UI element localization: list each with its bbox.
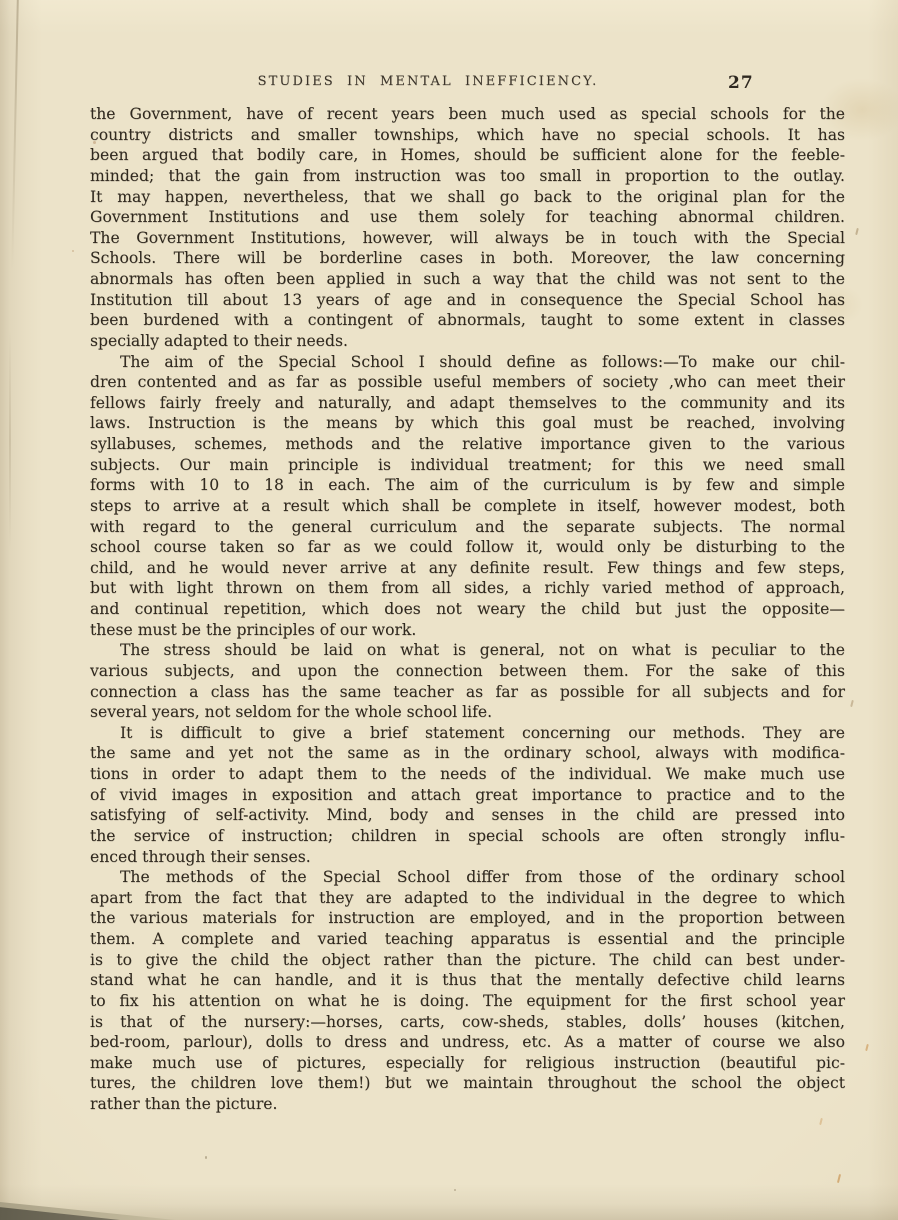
text-line: laws. Instruction is the means by which … <box>90 413 845 434</box>
body-text: the Government, have of recent years bee… <box>90 104 845 1115</box>
text-line: The Government Institutions, however, wi… <box>90 228 845 249</box>
text-line: enced through their senses. <box>90 847 845 868</box>
text-line: subjects. Our main principle is individu… <box>90 455 845 476</box>
text-line: It is difficult to give a brief statemen… <box>90 723 845 744</box>
text-line: minded; that the gain from instruction w… <box>90 166 845 187</box>
scan-mark <box>850 700 854 707</box>
text-line: make much use of pictures, especially fo… <box>90 1053 845 1074</box>
text-line: them. A complete and varied teaching app… <box>90 929 845 950</box>
foxing-speckle <box>392 1077 395 1080</box>
page-number: 27 <box>728 73 754 93</box>
text-line: various subjects, and upon the connectio… <box>90 661 845 682</box>
paper-crease <box>9 330 11 550</box>
text-line: school course taken so far as we could f… <box>90 537 845 558</box>
scan-mark <box>865 1044 869 1051</box>
text-line: The stress should be laid on what is gen… <box>90 640 845 661</box>
text-line: The methods of the Special School differ… <box>90 867 845 888</box>
text-line: the service of instruction; children in … <box>90 826 845 847</box>
text-line: specially adapted to their needs. <box>90 331 845 352</box>
text-line: tures, the children love them!) but we m… <box>90 1073 845 1094</box>
text-line: with regard to the general curriculum an… <box>90 517 845 538</box>
text-line: these must be the principles of our work… <box>90 620 845 641</box>
paragraph: The stress should be laid on what is gen… <box>90 640 845 723</box>
text-line: the Government, have of recent years bee… <box>90 104 845 125</box>
text-line: apart from the fact that they are adapte… <box>90 888 845 909</box>
text-line: to fix his attention on what he is doing… <box>90 991 845 1012</box>
text-line: Institution till about 13 years of age a… <box>90 290 845 311</box>
text-line: Government Institutions and use them sol… <box>90 207 845 228</box>
text-line: several years, not seldom for the whole … <box>90 702 845 723</box>
text-line: the same and yet not the same as in the … <box>90 743 845 764</box>
book-page: STUDIES IN MENTAL INEFFICIENCY. 27 the G… <box>0 0 898 1220</box>
foxing-speckle <box>93 141 96 144</box>
paragraph: the Government, have of recent years bee… <box>90 104 845 352</box>
foxing-speckle <box>205 1156 207 1159</box>
text-line: and continual repetition, which does not… <box>90 599 845 620</box>
text-line: syllabuses, schemes, methods and the rel… <box>90 434 845 455</box>
text-line: child, and he would never arrive at any … <box>90 558 845 579</box>
paragraph: The aim of the Special School I should d… <box>90 352 845 641</box>
text-line: been argued that bodily care, in Homes, … <box>90 145 845 166</box>
text-line: bed-room, parlour), dolls to dress and u… <box>90 1032 845 1053</box>
text-line: steps to arrive at a result which shall … <box>90 496 845 517</box>
text-line: dren contented and as far as possible us… <box>90 372 845 393</box>
text-line: rather than the picture. <box>90 1094 845 1115</box>
scan-mark <box>855 228 859 235</box>
scan-mark <box>819 1118 823 1125</box>
text-line: fellows fairly freely and naturally, and… <box>90 393 845 414</box>
paragraph: It is difficult to give a brief statemen… <box>90 723 845 867</box>
text-line: The aim of the Special School I should d… <box>90 352 845 373</box>
text-line: country districts and smaller townships,… <box>90 125 845 146</box>
foxing-speckle <box>454 1189 456 1191</box>
text-line: stand what he can handle, and it is thus… <box>90 970 845 991</box>
text-line: but with light thrown on them from all s… <box>90 578 845 599</box>
paragraph: The methods of the Special School differ… <box>90 867 845 1115</box>
text-line: the various materials for instruction ar… <box>90 908 845 929</box>
scan-mark <box>837 1174 841 1183</box>
text-line: connection a class has the same teacher … <box>90 682 845 703</box>
text-line: of vivid images in exposition and attach… <box>90 785 845 806</box>
text-line: Schools. There will be borderline cases … <box>90 248 845 269</box>
text-line: is that of the nursery:—horses, carts, c… <box>90 1012 845 1033</box>
paper-crease <box>11 0 19 271</box>
foxing-speckle <box>72 250 74 252</box>
text-line: is to give the child the object rather t… <box>90 950 845 971</box>
text-line: forms with 10 to 18 in each. The aim of … <box>90 475 845 496</box>
text-line: tions in order to adapt them to the need… <box>90 764 845 785</box>
text-line: It may happen, nevertheless, that we sha… <box>90 187 845 208</box>
text-line: abnormals has often been applied in such… <box>90 269 845 290</box>
text-line: satisfying of self-activity. Mind, body … <box>90 805 845 826</box>
running-title: STUDIES IN MENTAL INEFFICIENCY. <box>90 74 766 90</box>
text-line: been burdened with a contingent of abnor… <box>90 310 845 331</box>
